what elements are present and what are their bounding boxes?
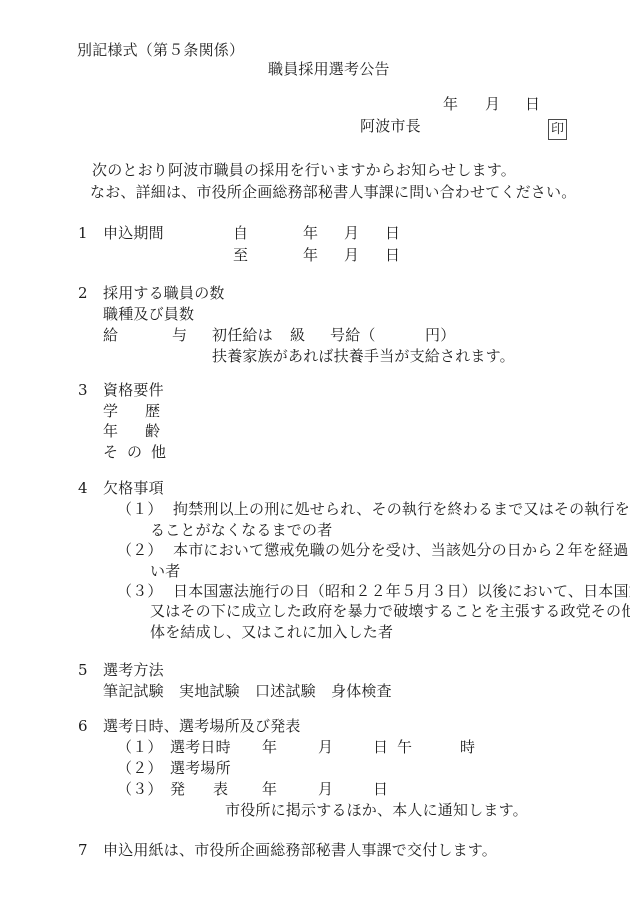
- to-year-label: 年: [303, 247, 318, 264]
- s6-item3-year-label: 年: [262, 781, 277, 798]
- s6-item1-bullet: （１）: [117, 739, 163, 756]
- section3-number: 3: [78, 382, 88, 399]
- s6-item3-note: 市役所に掲示するほか、本人に通知します。: [225, 802, 528, 819]
- section7-text: 申込用紙は、市役所企画総務部秘書人事課で交付します。: [103, 842, 497, 859]
- s4-item1-line2: ることがなくなるまでの者: [150, 522, 332, 539]
- from-month-label: 月: [344, 225, 359, 242]
- other-label-2: の: [127, 444, 142, 461]
- s6-item1-month-label: 月: [318, 739, 333, 756]
- s4-item3-line2: 又はその下に成立した政府を暴力で破壊することを主張する政党その他の団: [150, 603, 630, 620]
- to-month-label: 月: [344, 247, 359, 264]
- s4-item1-line1: 拘禁刑以上の刑に処せられ、その執行を終わるまで又はその執行を受け: [173, 501, 630, 518]
- section1-number: 1: [78, 225, 88, 242]
- seal-stamp-label: 印: [551, 123, 564, 136]
- starting-salary-label: 初任給は: [212, 327, 273, 344]
- issue-date-day-label: 日: [525, 96, 540, 113]
- mayor-name: 阿波市長: [360, 118, 421, 135]
- section5-number: 5: [78, 662, 88, 679]
- s6-item3-label-2: 表: [213, 781, 228, 798]
- section3-title: 資格要件: [103, 382, 164, 399]
- selection-methods: 筆記試験 実地試験 口述試験 身体検査: [103, 683, 392, 700]
- salary-label-2: 与: [172, 327, 187, 344]
- section4-number: 4: [78, 480, 88, 497]
- s6-item1-year-label: 年: [262, 739, 277, 756]
- dependents-note: 扶養家族があれば扶養手当が支給されます。: [212, 348, 515, 365]
- age-label-2: 齢: [145, 423, 160, 440]
- from-day-label: 日: [385, 225, 400, 242]
- s6-item2-bullet: （２）: [117, 760, 163, 777]
- s6-item1-day-label: 日: [373, 739, 388, 756]
- education-label-2: 歴: [145, 403, 160, 420]
- intro-line-2: なお、詳細は、市役所企画総務部秘書人事課に問い合わせてください。: [90, 184, 576, 201]
- s6-item3-month-label: 月: [318, 781, 333, 798]
- s6-item2-label: 選考場所: [170, 760, 231, 777]
- section7-number: 7: [78, 842, 88, 859]
- s4-item2-bullet: （２）: [117, 542, 163, 559]
- s6-item3-label-1: 発: [170, 781, 185, 798]
- other-label-3: 他: [151, 444, 166, 461]
- s6-item1-label: 選考日時: [170, 739, 231, 756]
- period-from-label: 自: [233, 225, 248, 242]
- section5-title: 選考方法: [103, 662, 164, 679]
- section2-number: 2: [78, 285, 88, 302]
- seal-stamp-box: 印: [548, 119, 567, 140]
- other-label-1: そ: [103, 444, 118, 461]
- to-day-label: 日: [385, 247, 400, 264]
- education-label-1: 学: [103, 403, 118, 420]
- form-note: 別記様式（第５条関係）: [77, 42, 244, 59]
- section2-title: 採用する職員の数: [103, 285, 225, 302]
- s6-item3-day-label: 日: [373, 781, 388, 798]
- s6-item1-hour-label: 時: [460, 739, 475, 756]
- issue-date-year-label: 年: [443, 96, 458, 113]
- document-page: 別記様式（第５条関係） 職員採用選考公告 年 月 日 阿波市長 印 次のとおり阿…: [0, 0, 630, 903]
- issue-date-month-label: 月: [485, 96, 500, 113]
- s4-item3-line1: 日本国憲法施行の日（昭和２２年５月３日）以後において、日本国憲法: [173, 583, 630, 600]
- page-title: 職員採用選考公告: [268, 61, 390, 78]
- s6-item3-bullet: （３）: [117, 781, 163, 798]
- s6-item1-noon-label: 午: [397, 739, 412, 756]
- section6-number: 6: [78, 718, 88, 735]
- s4-item2-line1: 本市において懲戒免職の処分を受け、当該処分の日から２年を経過しな: [173, 542, 630, 559]
- yen-label: 円）: [425, 327, 455, 344]
- section1-title: 申込期間: [103, 225, 164, 242]
- section4-title: 欠格事項: [103, 480, 164, 497]
- section2-subtitle: 職種及び員数: [103, 306, 194, 323]
- grade-label: 級: [290, 327, 305, 344]
- step-label: 号給（: [330, 327, 376, 344]
- from-year-label: 年: [303, 225, 318, 242]
- s4-item1-bullet: （１）: [117, 501, 163, 518]
- s4-item3-line3: 体を結成し、又はこれに加入した者: [150, 624, 393, 641]
- period-to-label: 至: [233, 247, 248, 264]
- age-label-1: 年: [103, 423, 118, 440]
- intro-line-1: 次のとおり阿波市職員の採用を行いますからお知らせします。: [92, 162, 516, 179]
- s4-item3-bullet: （３）: [117, 583, 163, 600]
- salary-label-1: 給: [103, 327, 118, 344]
- section6-title: 選考日時、選考場所及び発表: [103, 718, 301, 735]
- s4-item2-line2: い者: [150, 563, 180, 580]
